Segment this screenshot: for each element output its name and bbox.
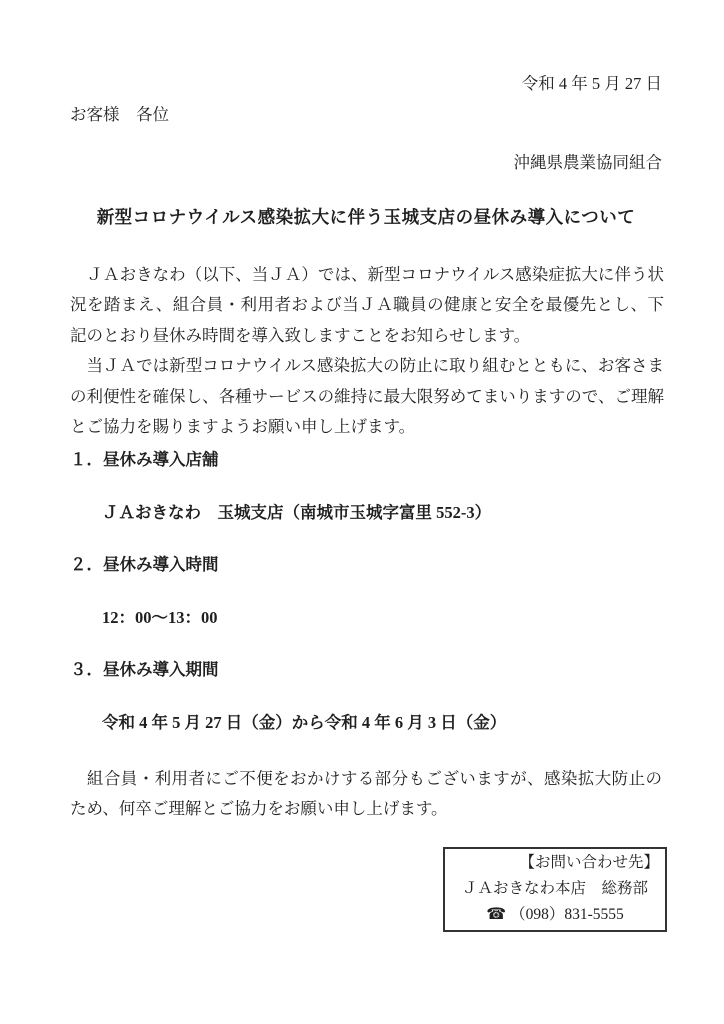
- recipient-line: お客様 各位: [70, 104, 662, 126]
- sender-organization: 沖縄県農業協同組合: [70, 152, 662, 174]
- section-3-heading: ３．昼休み導入期間: [70, 659, 662, 681]
- section-1-heading: １．昼休み導入店舗: [70, 449, 662, 471]
- contact-box-organization: ＪＡおきなわ本店 総務部: [451, 876, 659, 902]
- contact-phone-number: （098）831-5555: [510, 906, 624, 923]
- contact-box-phone-line: ☎（098）831-5555: [451, 902, 659, 928]
- paragraph-intro: ＪＡおきなわ（以下、当ＪＡ）では、新型コロナウイルス感染症拡大に伴う状況を踏まえ…: [70, 260, 664, 351]
- section-3-period: 令和 4 年 5 月 27 日（金）から令和 4 年 6 月 3 日（金）: [102, 712, 662, 734]
- notice-document-page: 令和 4 年 5 月 27 日 お客様 各位 沖縄県農業協同組合 新型コロナウイ…: [0, 0, 724, 1024]
- phone-icon: ☎: [486, 906, 506, 923]
- paragraph-commitment: 当ＪＡでは新型コロナウイルス感染拡大の防止に取り組むとともに、お客さまの利便性を…: [70, 351, 664, 442]
- section-2-heading: ２．昼休み導入時間: [70, 554, 662, 576]
- document-title: 新型コロナウイルス感染拡大に伴う玉城支店の昼休み導入について: [70, 204, 662, 230]
- closing-text: 組合員・利用者にご不便をおかけする部分もございますが、感染拡大防止のため、何卒ご…: [70, 764, 662, 825]
- closing-paragraph: 組合員・利用者にご不便をおかけする部分もございますが、感染拡大防止のため、何卒ご…: [70, 764, 662, 825]
- section-1-store: ＪＡおきなわ 玉城支店（南城市玉城字富里 552-3）: [102, 502, 662, 524]
- document-date: 令和 4 年 5 月 27 日: [70, 73, 662, 95]
- contact-box: 【お問い合わせ先】 ＪＡおきなわ本店 総務部 ☎（098）831-5555: [443, 847, 667, 932]
- body-paragraphs: ＪＡおきなわ（以下、当ＪＡ）では、新型コロナウイルス感染症拡大に伴う状況を踏まえ…: [70, 260, 664, 442]
- section-2-hours: 12：00～13：00: [102, 607, 662, 629]
- contact-box-title: 【お問い合わせ先】: [451, 850, 659, 876]
